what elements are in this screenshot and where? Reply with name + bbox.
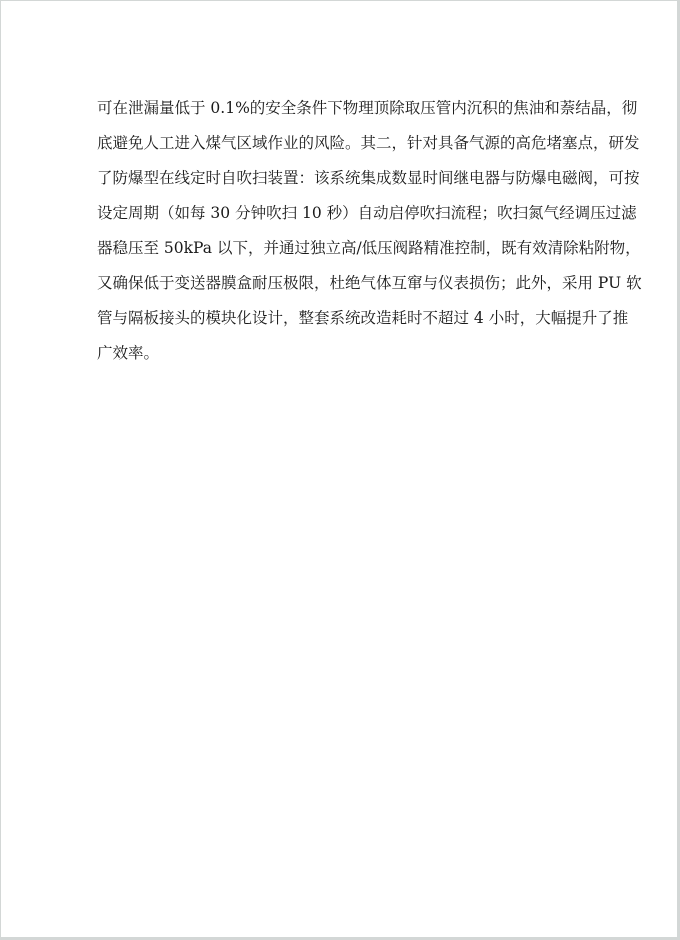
- paragraph-line: 管与隔板接头的模块化设计，整套系统改造耗时不超过 4 小时，大幅提升了推: [97, 305, 599, 340]
- paragraph-line: 设定周期（如每 30 分钟吹扫 10 秒）自动启停吹扫流程；吹扫氮气经调压过滤: [97, 200, 599, 235]
- body-paragraph: 可在泄漏量低于 0.1%的安全条件下物理顶除取压管内沉积的焦油和萘结晶，彻 底避…: [97, 95, 599, 375]
- paragraph-line: 又确保低于变送器膜盒耐压极限，杜绝气体互窜与仪表损伤；此外，采用 PU 软: [97, 270, 599, 305]
- paragraph-line: 广效率。: [97, 340, 599, 375]
- document-page: 可在泄漏量低于 0.1%的安全条件下物理顶除取压管内沉积的焦油和萘结晶，彻 底避…: [0, 0, 680, 940]
- paragraph-line: 器稳压至 50kPa 以下，并通过独立高/低压阀路精准控制，既有效清除粘附物，: [97, 235, 599, 270]
- paragraph-line: 底避免人工进入煤气区域作业的风险。其二，针对具备气源的高危堵塞点，研发: [97, 130, 599, 165]
- paragraph-line: 了防爆型在线定时自吹扫装置：该系统集成数显时间继电器与防爆电磁阀，可按: [97, 165, 599, 200]
- paragraph-line: 可在泄漏量低于 0.1%的安全条件下物理顶除取压管内沉积的焦油和萘结晶，彻: [97, 95, 599, 130]
